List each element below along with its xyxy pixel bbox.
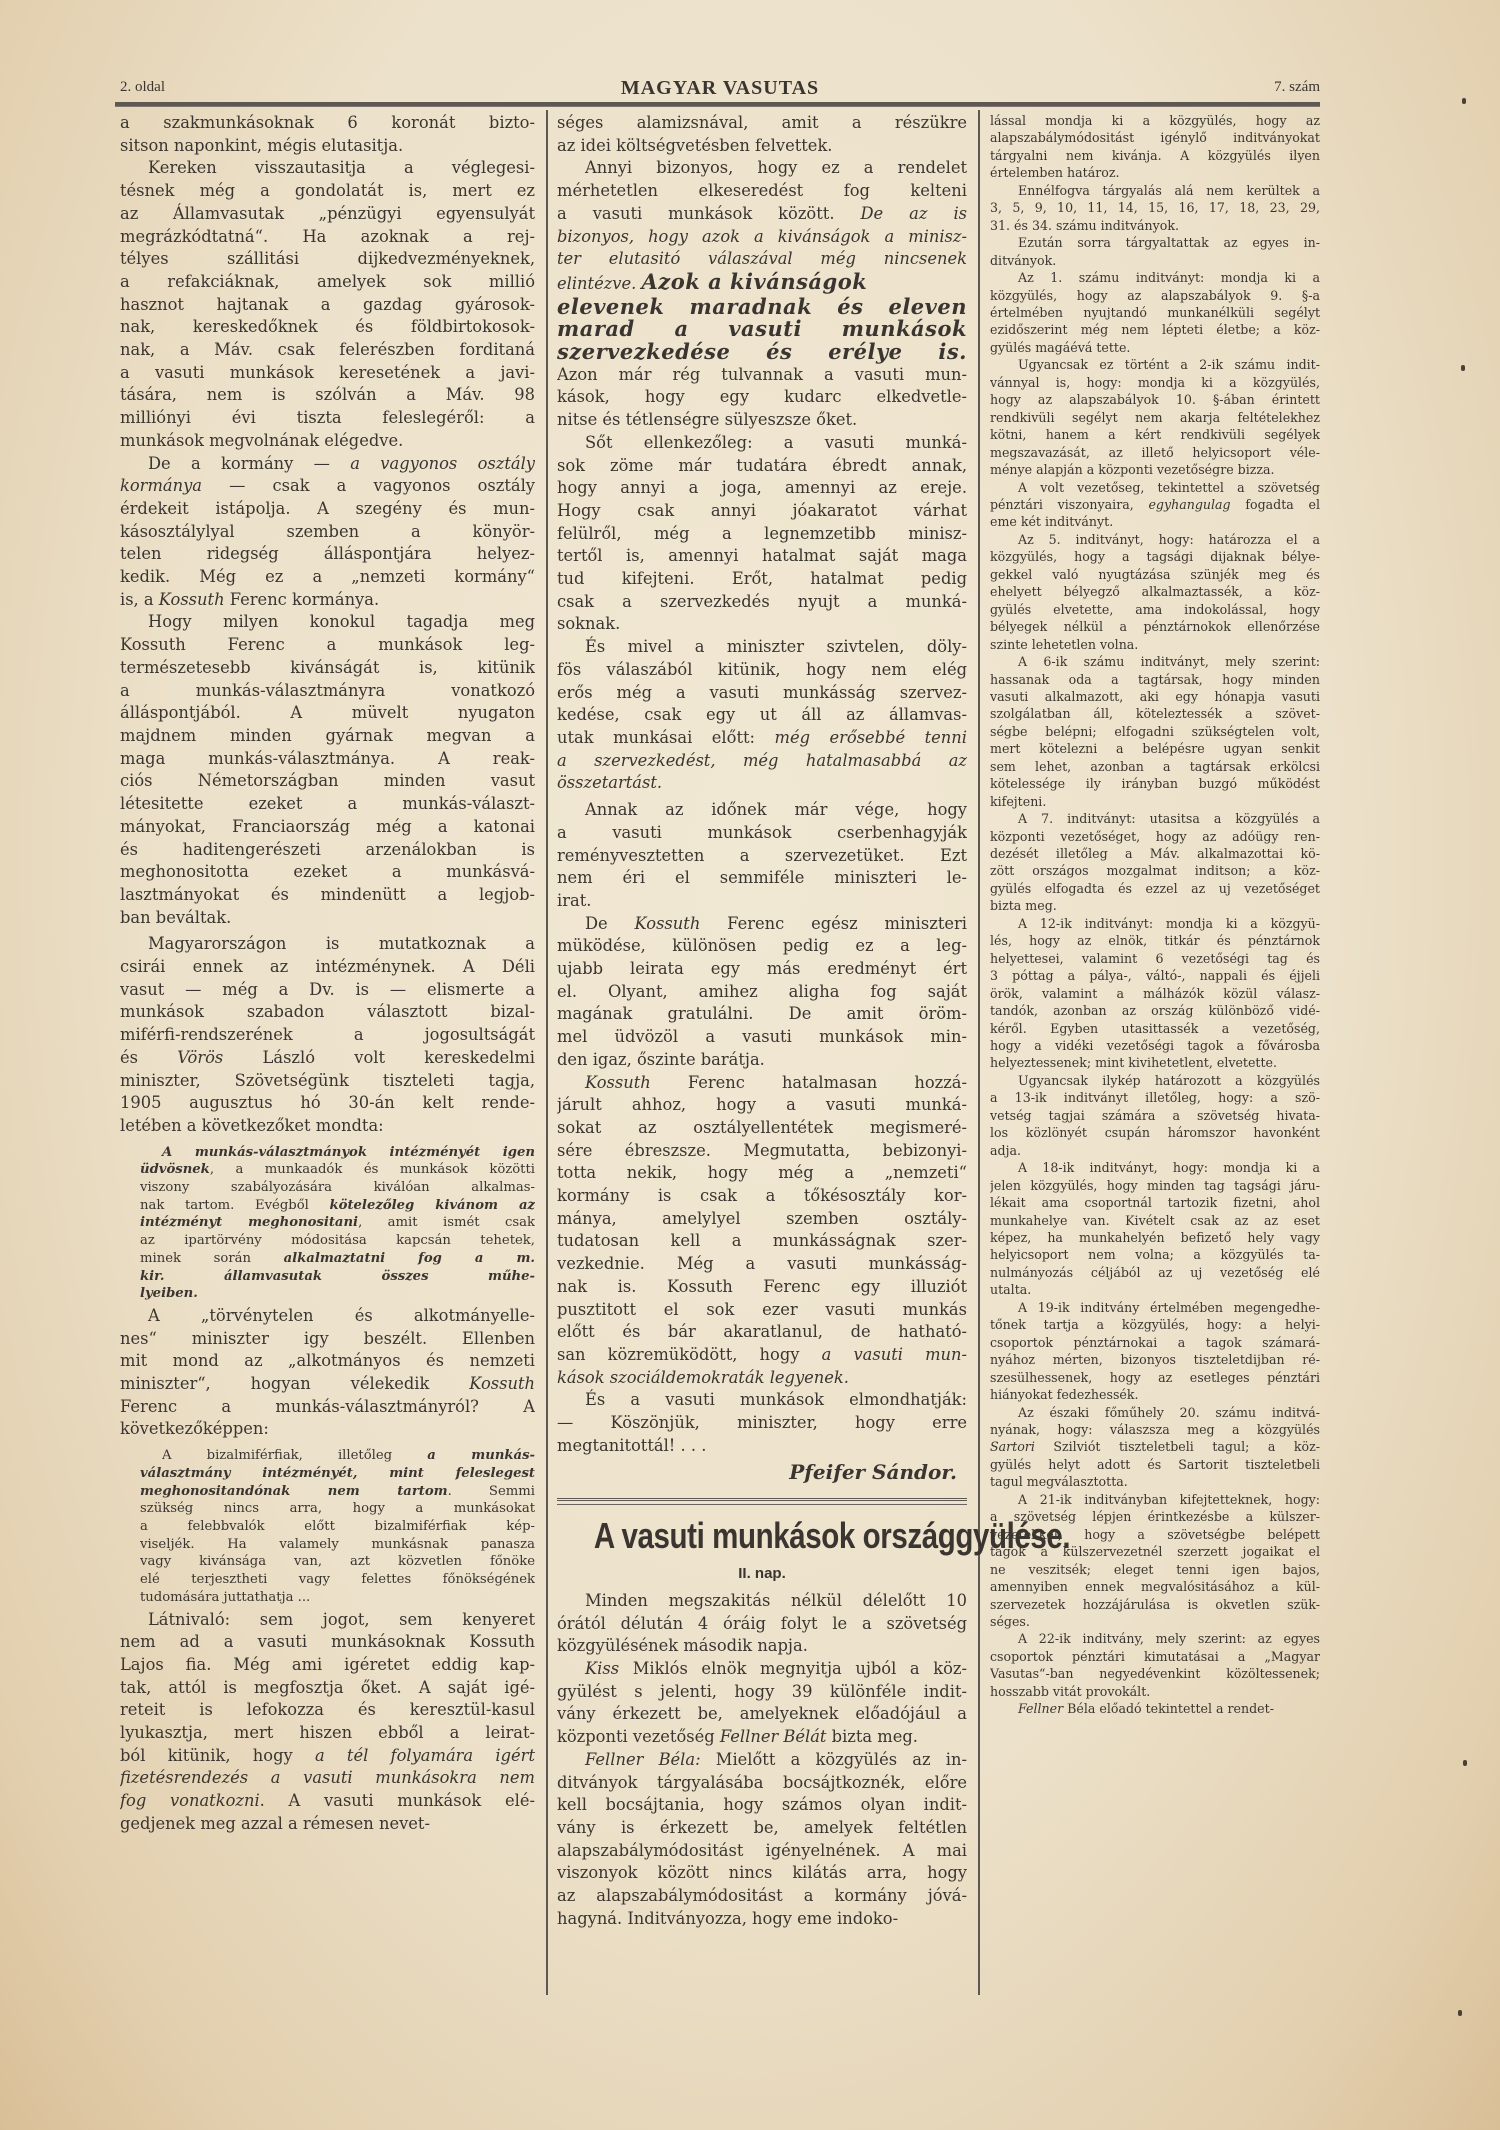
paragraph: Az északi főműhely 20. számu inditvá-nyá…: [990, 1404, 1320, 1491]
emphasis-text: Kiss: [585, 1659, 619, 1678]
emphasis-text: összetartást.: [557, 773, 662, 792]
paragraph: Sőt ellenkezőleg: a vasuti munká-sok zöm…: [557, 432, 967, 636]
text-line: A „törvénytelen és alkotmányelle-: [120, 1305, 535, 1328]
text-line: a szövetség lépjen érintkezésbe a külsze…: [990, 1508, 1320, 1525]
text-line: kások szociáldemokraták legyenek.: [557, 1367, 967, 1390]
text-line: el. Olyant, amihez aligha fog saját: [557, 981, 967, 1004]
text-line: a munkás-választmányra vonatkozó: [120, 680, 535, 703]
text-line: szinte lehetetlen volna.: [990, 636, 1320, 653]
text-line: a vasuti munkások között. De az is: [557, 203, 967, 226]
text-line: az idei költségvetésben felvettek.: [557, 135, 967, 158]
text-line: viszony szabályozására kiválóan alkalmas…: [140, 1179, 535, 1197]
text-line: megtanitottál! . . .: [557, 1435, 967, 1458]
text-line: ne veszitsék; eleget tenni igen bajos,: [990, 1561, 1320, 1578]
text-line: intézményt meghonositani, amit ismét csa…: [140, 1214, 535, 1232]
emphasis-text: Kossuth: [635, 914, 701, 933]
text-line: müködése, különösen pedig ez a leg-: [557, 935, 967, 958]
paper-speck: [1458, 2010, 1462, 2016]
emphasis-text: elintézve.: [557, 274, 636, 293]
text-line: séges alamizsnával, amit a részükre: [557, 112, 967, 135]
text-line: zött országos mozgalmat inditson; a köz-: [990, 862, 1320, 879]
emphasis-text: Kossuth: [469, 1374, 535, 1393]
text-line: központi vezetőséget, hogy az adóügy ren…: [990, 828, 1320, 845]
paragraph: A 7. inditványt: utasitsa a közgyülés ak…: [990, 810, 1320, 915]
emphasis-text: A munkás-választmányok intézményét igen: [162, 1145, 535, 1160]
text-line: helyettesei, valamint 6 vezetőségi tag é…: [990, 950, 1320, 967]
text-line: tak, attól is megfosztja őket. A saját i…: [120, 1677, 535, 1700]
text-line: rendkivüli segélyt nem akarja feltételek…: [990, 409, 1320, 426]
text-line: munkahelye van. Kivételt csak az az eset: [990, 1212, 1320, 1229]
paragraph: Kiss Miklós elnök megnyitja ujból a köz-…: [557, 1658, 967, 1749]
text-line: pusztitott el sok ezer vasuti munkás: [557, 1299, 967, 1322]
text-line: felülről, még a legnemzetibb minisz-: [557, 523, 967, 546]
text-line: viszonyok között nincs kilátás arra, hog…: [557, 1862, 967, 1885]
text-line: a szervezkedést, még hatalmasabbá az: [557, 750, 967, 773]
text-line: Annyi bizonyos, hogy ez a rendelet: [557, 157, 967, 180]
text-line: hogy az alapszabályok 10. §-ában érintet…: [990, 391, 1320, 408]
paragraph: séges alamizsnával, amit a részükreaz id…: [557, 112, 967, 157]
emphasis-text: fog vonatkozni: [120, 1791, 260, 1810]
column-divider: [978, 110, 980, 1995]
text-line: És a vasuti munkások elmondhatják:: [557, 1389, 967, 1412]
text-line: pénztári viszonyaira, egyhangulag fogadt…: [990, 496, 1320, 513]
emphasis-text: Fellner Bélát: [720, 1727, 827, 1746]
text-line: fog vonatkozni. A vasuti munkások elé-: [120, 1790, 535, 1813]
paragraph: A „törvénytelen és alkotmányelle-nes“ mi…: [120, 1305, 535, 1441]
text-line: központi vezetőség Fellner Bélát bizta m…: [557, 1726, 967, 1749]
text-line: kötelessége ily irányban buzgó működést: [990, 775, 1320, 792]
paragraph: Ugyancsak ez történt a 2-ik számu indit-…: [990, 356, 1320, 478]
emphasis-text: meghonositandónak nem tartom: [140, 1484, 448, 1499]
text-line: vány érkezett be, amelyeknek előadójául …: [557, 1703, 967, 1726]
paragraph: Azon már rég tulvannak a vasuti mun-káso…: [557, 364, 967, 432]
text-line: tárgyalni nem kivánja. A közgyülés ilyen: [990, 147, 1320, 164]
text-line: hagyná. Inditványozza, hogy eme indoko-: [557, 1908, 967, 1931]
text-line: És mivel a miniszter szivtelen, döly-: [557, 636, 967, 659]
text-line: kedik. Még ez a „nemzeti kormány“: [120, 566, 535, 589]
text-line: sitson naponkint, mégis elutasitja.: [120, 135, 535, 158]
paragraph: Annyi bizonyos, hogy ez a rendeletmérhet…: [557, 157, 967, 295]
text-line: hogy a vidéki vezetőségi tagok a főváros…: [990, 1037, 1320, 1054]
text-line: irat.: [557, 890, 967, 913]
paragraph: Látnivaló: sem jogot, sem kenyeretnem ad…: [120, 1609, 535, 1836]
text-line: Vasutas“-ban negyedévenkint közöltessene…: [990, 1665, 1320, 1682]
text-line: munkások szabadon választott bizal-: [120, 1001, 535, 1024]
text-line: utak munkásai előtt: még erősebbé tenni: [557, 727, 967, 750]
text-line: elintézve. Azok a kivánságok: [557, 271, 967, 296]
emphasis-text: a vagyonos osztály: [350, 454, 535, 473]
column-divider: [546, 110, 548, 1995]
text-line: vasut — még a Dv. is — elismerte a: [120, 979, 535, 1002]
text-line: Kiss Miklós elnök megnyitja ujból a köz-: [557, 1658, 967, 1681]
text-line: lékait ama csoportnál tartozik fizetni, …: [990, 1194, 1320, 1211]
text-line: A 19-ik inditvány értelmében megengedhe-: [990, 1299, 1320, 1316]
section-headline: A vasuti munkások országgyülése.: [594, 1515, 930, 1557]
text-line: tagul megválasztotta.: [990, 1473, 1320, 1490]
paragraph: lással mondja ki a közgyülés, hogy azala…: [990, 112, 1320, 182]
text-line: ditványok tárgyalásába bocsájtkoznék, el…: [557, 1772, 967, 1795]
text-line: san közremüködött, hogy a vasuti mun-: [557, 1344, 967, 1367]
text-line: ból kitünik, hogy a tél folyamára igért: [120, 1745, 535, 1768]
text-line: ezidőszerint még nem lépteti életbe; a k…: [990, 321, 1320, 338]
paragraph: A 18-ik inditványt, hogy: mondja ki ajel…: [990, 1159, 1320, 1299]
text-line: gyülés helyt adott és Sartorit tisztelet…: [990, 1456, 1320, 1473]
text-line: és Vörös László volt kereskedelmi: [120, 1047, 535, 1070]
text-line: A 7. inditványt: utasitsa a közgyülés a: [990, 810, 1320, 827]
paragraph: De Kossuth Ferenc egész miniszterimüködé…: [557, 913, 967, 1072]
text-line: a 13-ik inditványt illetőleg, hogy: a sz…: [990, 1089, 1320, 1106]
text-line: elevenek maradnak és eleven: [557, 296, 967, 319]
text-line: télyes szállitási dijkedvezményeknek,: [120, 248, 535, 271]
text-line: mit mond az „alkotmányos és nemzeti: [120, 1350, 535, 1373]
emphasis-text: fizetésrendezés a vasuti munkásokra nem: [120, 1768, 535, 1787]
emphasized-statement: elevenek maradnak és elevenmarad a vasut…: [557, 296, 967, 364]
text-line: megszavazását, az illető helyicsoport vé…: [990, 444, 1320, 461]
text-line: reményvesztetten a szervezetüket. Ezt: [557, 845, 967, 868]
text-line: szervezkedése és erélye is.: [557, 341, 967, 364]
text-line: meghonositotta ezeket a munkásvá-: [120, 861, 535, 884]
text-line: értelemben határoz.: [990, 164, 1320, 181]
text-line: ségbe belépni; elfogadni szükségtelen vo…: [990, 723, 1320, 740]
text-line: A 18-ik inditványt, hogy: mondja ki a: [990, 1159, 1320, 1176]
text-line: vezetekkel, hogy a szövetségbe belépett: [990, 1526, 1320, 1543]
emphasis-text: kormánya: [120, 476, 202, 495]
text-line: csak a szervezkedés nyujt a munká-: [557, 591, 967, 614]
text-line: elé terjesztheti vagy felettes főnökségé…: [140, 1571, 535, 1589]
text-line: A volt vezetőseg, tekintettel a szövetsé…: [990, 479, 1320, 496]
text-line: mert kötelezni a belépésre ugyan senkit: [990, 740, 1320, 757]
paragraph: Kereken visszautasitja a véglegesi-tésne…: [120, 157, 535, 452]
text-line: nem éri el semmiféle miniszteri le-: [557, 867, 967, 890]
text-line: letében a következőket mondta:: [120, 1115, 535, 1138]
text-line: a szakmunkásoknak 6 koronát bizto-: [120, 112, 535, 135]
text-line: miférfi-rendszerének a jogosultságát: [120, 1024, 535, 1047]
text-line: nes“ miniszter igy beszélt. Ellenben: [120, 1328, 535, 1351]
text-line: kások, hogy egy kudarc elkedvetle-: [557, 386, 967, 409]
text-line: hiányokat fedezhessék.: [990, 1386, 1320, 1403]
text-line: szervezetek hozzájárulása is okvetlen sz…: [990, 1596, 1320, 1613]
text-line: összetartást.: [557, 772, 967, 795]
section-subtitle: II. nap.: [557, 1563, 967, 1586]
paragraph: a szakmunkásoknak 6 koronát bizto-sitson…: [120, 112, 535, 157]
text-line: tud kifejteni. Erőt, hatalmat pedig: [557, 568, 967, 591]
text-line: az ipartörvény módositása kapcsán tehete…: [140, 1232, 535, 1250]
text-line: Kereken visszautasitja a véglegesi-: [120, 157, 535, 180]
text-line: kell bocsájtania, hogy számos olyan indi…: [557, 1794, 967, 1817]
text-line: az Államvasutak „pénzügyi egyensulyát: [120, 203, 535, 226]
paper-speck: [1463, 1760, 1467, 1766]
emphasis-text: Kossuth: [159, 590, 225, 609]
text-line: den igaz, őszinte barátja.: [557, 1049, 967, 1072]
text-line: vetség tagjai számára a szövetség hivata…: [990, 1107, 1320, 1124]
text-line: Az 5. inditványt, hogy: határozza el a: [990, 531, 1320, 548]
emphasis-text: Fellner: [1018, 1701, 1063, 1716]
emphasis-text: ter elutasitó válaszával még nincsenek: [557, 249, 967, 268]
paragraph: Az 1. számu inditványt: mondja ki aközgy…: [990, 269, 1320, 356]
text-line: ter elutasitó válaszával még nincsenek: [557, 248, 967, 271]
paragraph: Minden megszakitás nélkül délelőtt 10órá…: [557, 1590, 967, 1658]
text-line: A bizalmiférfiak, illetőleg a munkás-: [140, 1447, 535, 1465]
text-line: nak is. Kossuth Ferenc egy illuziót: [557, 1276, 967, 1299]
paragraph: Kossuth Ferenc hatalmasan hozzá-járult a…: [557, 1072, 967, 1390]
text-line: Ezután sorra tárgyaltattak az egyes in-: [990, 234, 1320, 251]
right-column: lással mondja ki a közgyülés, hogy azala…: [990, 112, 1320, 1718]
text-line: szesülhessenek, hogy az esetleges pénztá…: [990, 1369, 1320, 1386]
text-line: gekkel való nyugtázása szünjék meg és: [990, 566, 1320, 583]
text-line: sokat az osztályellentétek megismeré-: [557, 1117, 967, 1140]
text-line: erős még a vasuti munkásság szervez-: [557, 682, 967, 705]
text-line: eme két inditványt.: [990, 513, 1320, 530]
text-line: vánnyal is, hogy: mondja ki a közgyülés,: [990, 374, 1320, 391]
text-line: mérhetetlen elkeseredést fog kelteni: [557, 180, 967, 203]
paragraph: A 12-ik inditványt: mondja ki a közgyü-l…: [990, 915, 1320, 1072]
text-line: Ennélfogva tárgyalás alá nem kerültek a: [990, 182, 1320, 199]
text-line: viseljék. Ha valamely munkásnak panasza: [140, 1536, 535, 1554]
paragraph: Hogy milyen konokul tagadja megKossuth F…: [120, 611, 535, 929]
text-line: Sőt ellenkezőleg: a vasuti munká-: [557, 432, 967, 455]
emphasis-text: a szervezkedést, még hatalmasabbá az: [557, 751, 967, 770]
text-line: miniszter“, hogyan vélekedik Kossuth: [120, 1373, 535, 1396]
emphasis-text: a munkás-: [427, 1448, 535, 1463]
emphasis-text: kások szociáldemokraták legyenek.: [557, 1368, 849, 1387]
paper-speck: [1461, 365, 1465, 371]
text-line: Magyarországon is mutatkoznak a: [120, 933, 535, 956]
text-line: kéről. Egyben utasittassék a vezetőség,: [990, 1020, 1320, 1037]
text-line: 3 póttag a pálya-, váltó-, nappali és éj…: [990, 967, 1320, 984]
emphasis-text: De az is: [860, 204, 967, 223]
text-line: tudomására juttathatja ...: [140, 1589, 535, 1607]
text-line: A 6-ik számu inditványt, mely szerint:: [990, 653, 1320, 670]
text-line: Kossuth Ferenc a munkások leg-: [120, 634, 535, 657]
text-line: Azon már rég tulvannak a vasuti mun-: [557, 364, 967, 387]
text-line: természetesebb kivánságát is, kitünik: [120, 657, 535, 680]
text-line: nak, kereskedőknek és földbirtokosok-: [120, 316, 535, 339]
text-line: nak, a Máv. csak felerészben forditaná: [120, 339, 535, 362]
text-line: ban beváltak.: [120, 907, 535, 930]
text-line: Lajos fia. Még ami igéretet eddig kap-: [120, 1654, 535, 1677]
text-line: a vasuti munkások cserbenhagyják: [557, 822, 967, 845]
text-line: tertől is, amennyi hatalmat saját maga: [557, 545, 967, 568]
text-line: lyeiben.: [140, 1285, 535, 1303]
text-line: mel üdvözöl a vasuti munkások min-: [557, 1026, 967, 1049]
text-line: tudatosan kell a munkásságnak szer-: [557, 1230, 967, 1253]
emphasis-text: lyeiben.: [140, 1286, 198, 1301]
quotation: A bizalmiférfiak, illetőleg a munkás-vál…: [120, 1447, 535, 1606]
paragraph: Ugyancsak ilykép határozott a közgyülésa…: [990, 1072, 1320, 1159]
left-column: a szakmunkásoknak 6 koronát bizto-sitson…: [120, 112, 535, 1836]
text-line: munkások megvolnának elégedve.: [120, 430, 535, 453]
paragraph: Fellner Béla: Mielőtt a közgyülés az in-…: [557, 1749, 967, 1931]
emphasis-text: alkalmaztatni fog a m.: [284, 1251, 535, 1266]
text-line: tagok a külszervezetnél szerzett jogaika…: [990, 1543, 1320, 1560]
text-line: nitse és tétlenségre sülyeszsze őket.: [557, 409, 967, 432]
emphasis-text: kötelezőleg kivánom az: [330, 1198, 535, 1213]
paragraph: A 19-ik inditvány értelmében megengedhe-…: [990, 1299, 1320, 1404]
text-line: csirái ennek az intézménynek. A Déli: [120, 956, 535, 979]
text-line: reteit is lefokozza és keresztül-kasul: [120, 1699, 535, 1722]
text-line: A 22-ik inditvány, mely szerint: az egye…: [990, 1630, 1320, 1647]
text-line: kormánya — csak a vagyonos osztály: [120, 475, 535, 498]
emphasis-text: bizonyos, hogy azok a kivánságok a minis…: [557, 227, 967, 246]
text-line: tésnek még a gondolatát is, mert ez: [120, 180, 535, 203]
text-line: Hogy csak annyi jóakaratot várhat: [557, 500, 967, 523]
text-line: milliónyi évi tiszta feleslegéről: a: [120, 407, 535, 430]
text-line: kedése, csak egy ut áll az államvas-: [557, 704, 967, 727]
paragraph: De a kormány — a vagyonos osztálykormány…: [120, 453, 535, 612]
text-line: Hogy milyen konokul tagadja meg: [120, 611, 535, 634]
text-line: a felebbvalók előtt bizalmiférfiak kép-: [140, 1518, 535, 1536]
text-line: Sartori Szilviót tiszteletbeli tagul; a …: [990, 1438, 1320, 1455]
text-line: marad a vasuti munkások: [557, 318, 967, 341]
text-line: Az északi főműhely 20. számu inditvá-: [990, 1404, 1320, 1421]
emphasis-text: Sartori: [990, 1439, 1035, 1454]
text-line: képez, ha munkahelyén befizető hely vagy: [990, 1229, 1320, 1246]
text-line: ditványok.: [990, 252, 1320, 269]
text-line: helyicsoport nem volna; a közgyülés ta-: [990, 1246, 1320, 1263]
text-line: következőképpen:: [120, 1418, 535, 1441]
author-signature: Pfeifer Sándor.: [557, 1461, 967, 1484]
text-line: álláspontjából. A müvelt nyugaton: [120, 702, 535, 725]
text-line: A 21-ik inditványban kifejtetteknek, hog…: [990, 1491, 1320, 1508]
text-line: nulmányozás céljából az uj vezetőség elé: [990, 1264, 1320, 1281]
text-line: Fellner Béla előadó tekintettel a rendet…: [990, 1700, 1320, 1717]
text-line: los közlönyét csupán háromszor havonként: [990, 1124, 1320, 1141]
paragraph: Az 5. inditványt, hogy: határozza el akö…: [990, 531, 1320, 653]
text-line: telen ridegség álláspontjára helyez-: [120, 543, 535, 566]
text-line: majdnem minden gyárnak megvan a: [120, 725, 535, 748]
text-line: meghonositandónak nem tartom. Semmi: [140, 1483, 535, 1501]
text-line: tására, nem is szólván a Máv. 98: [120, 384, 535, 407]
text-line: Az 1. számu inditványt: mondja ki a: [990, 269, 1320, 286]
text-line: lyukasztja, mert hiszen ebből a leirat-: [120, 1722, 535, 1745]
text-line: érdekeit istápolja. A szegény és mun-: [120, 498, 535, 521]
text-line: szükség nincs arra, hogy a munkásokat: [140, 1500, 535, 1518]
text-line: ehelyett bélyegző alkalmaztassék, a köz-: [990, 583, 1320, 600]
text-line: közgyülés, hogy az alapszabályok 9. §-a: [990, 287, 1320, 304]
masthead-title: MAGYAR VASUTAS: [120, 77, 1320, 100]
text-line: 1905 augusztus hó 30-án kelt rende-: [120, 1092, 535, 1115]
text-line: vezkednie. Még a vasuti munkásság-: [557, 1253, 967, 1276]
paragraph: A volt vezetőseg, tekintettel a szövetsé…: [990, 479, 1320, 531]
text-line: lással mondja ki a közgyülés, hogy az: [990, 112, 1320, 129]
text-line: gyülést s jelenti, hogy 39 különféle ind…: [557, 1681, 967, 1704]
text-line: örök, valamint a málházók közül válasz-: [990, 985, 1320, 1002]
paper-speck: [1462, 98, 1466, 104]
text-line: hassanak oda a tagtársak, hogy minden: [990, 671, 1320, 688]
emphasis-text: egyhangulag: [1148, 497, 1230, 512]
text-line: szolgálatban áll, köteleztessék a szövet…: [990, 705, 1320, 722]
text-line: magának gratulálni. De amit öröm-: [557, 1003, 967, 1026]
emphasis-text: Vörös: [177, 1048, 223, 1067]
text-line: nyához mérten, bizonyos tiszteletdijban …: [990, 1351, 1320, 1368]
text-line: tandók, azonban az ország különböző vidé…: [990, 1002, 1320, 1019]
text-line: az alapszabálymódositást a kormány jóvá-: [557, 1885, 967, 1908]
issue-number: 7. szám: [1274, 79, 1320, 96]
text-line: ujabb leirata egy más eredményt ért: [557, 958, 967, 981]
header-rule: [115, 102, 1320, 107]
text-line: órától délután 4 óráig folyt le a szövet…: [557, 1613, 967, 1636]
text-line: nyának, hogy: válaszsza meg a közgyülés: [990, 1421, 1320, 1438]
text-line: 31. és 34. számu inditványok.: [990, 217, 1320, 234]
text-line: gyülés magáévá tette.: [990, 339, 1320, 356]
text-line: sok zöme már tudatára ébredt annak,: [557, 455, 967, 478]
text-line: ciós Németországban minden vasut: [120, 770, 535, 793]
emphasis-text: intézményt meghonositani: [140, 1215, 358, 1230]
text-line: Minden megszakitás nélkül délelőtt 10: [557, 1590, 967, 1613]
text-line: 3, 5, 9, 10, 11, 14, 15, 16, 17, 18, 23,…: [990, 199, 1320, 216]
text-line: adja.: [990, 1142, 1320, 1159]
text-line: soknak.: [557, 613, 967, 636]
text-line: totta nekik, hogy még a „nemzeti“: [557, 1162, 967, 1185]
text-line: A 12-ik inditványt: mondja ki a közgyü-: [990, 915, 1320, 932]
text-line: és haditengerészeti arzenálokban is: [120, 839, 535, 862]
text-line: alapszabálymódositást igényelnének. A ma…: [557, 1840, 967, 1863]
text-line: jelen közgyülés, hogy minden tag tagsági…: [990, 1177, 1320, 1194]
emphasis-text: kir. államvasutak összes műhe-: [140, 1269, 535, 1284]
text-line: választmány intézményét, mint felesleges…: [140, 1465, 535, 1483]
text-line: De a kormány — a vagyonos osztály: [120, 453, 535, 476]
text-line: csoportok pénztári kimutatásai a „Magyar: [990, 1648, 1320, 1665]
text-line: járult ahhoz, hogy a vasuti munká-: [557, 1094, 967, 1117]
article-divider: [557, 1498, 967, 1505]
emphasis-text: a tél folyamára igért: [315, 1746, 535, 1765]
text-line: vasuti alkalmazott, aki egy hónapja vasu…: [990, 688, 1320, 705]
text-line: utalta.: [990, 1281, 1320, 1298]
paragraph: A 22-ik inditvány, mely szerint: az egye…: [990, 1630, 1320, 1700]
text-line: Fellner Béla: Mielőtt a közgyülés az in-: [557, 1749, 967, 1772]
text-line: nem ad a vasuti munkásoknak Kossuth: [120, 1631, 535, 1654]
text-line: kásosztálylyal szemben a könyör-: [120, 521, 535, 544]
text-line: bizonyos, hogy azok a kivánságok a minis…: [557, 226, 967, 249]
text-line: alapszabálymódositást igénylő inditványo…: [990, 129, 1320, 146]
text-line: Ugyancsak ilykép határozott a közgyülés: [990, 1072, 1320, 1089]
text-line: bizta meg.: [990, 897, 1320, 914]
text-line: maga munkás-választmánya. A reak-: [120, 748, 535, 771]
paragraph: Magyarországon is mutatkoznak acsirái en…: [120, 933, 535, 1137]
quotation: A munkás-választmányok intézményét igenü…: [120, 1144, 535, 1303]
text-line: gedjenek meg azzal a rémesen nevet-: [120, 1813, 535, 1836]
text-line: Kossuth Ferenc hatalmasan hozzá-: [557, 1072, 967, 1095]
text-line: hosszabb vitát provokált.: [990, 1683, 1320, 1700]
text-line: lés, hogy az elnök, titkár és pénztárnok: [990, 932, 1320, 949]
emphasis-text: Azok a kivánságok: [642, 271, 868, 294]
text-line: gyülés elvetette, ama indokolással, hogy: [990, 601, 1320, 618]
text-line: mánya, amelylyel szemben osztály-: [557, 1208, 967, 1231]
text-line: értelmében nyujtandó munkanélküli segély…: [990, 304, 1320, 321]
text-line: előtt és bár akaratlanul, de hatható-: [557, 1321, 967, 1344]
text-line: a vasuti munkások keresetének a javi-: [120, 362, 535, 385]
text-line: helyeztessenek; mint kivihetetlent, elve…: [990, 1054, 1320, 1071]
text-line: hogy annyi a joga, amennyi az ereje.: [557, 477, 967, 500]
text-line: fizetésrendezés a vasuti munkásokra nem: [120, 1767, 535, 1790]
text-line: létesitette ezeket a munkás-választ-: [120, 793, 535, 816]
emphasis-text: Kossuth: [585, 1073, 651, 1092]
text-line: De Kossuth Ferenc egész miniszteri: [557, 913, 967, 936]
middle-column: séges alamizsnával, amit a részükreaz id…: [557, 112, 967, 1930]
text-line: sére ébreszsze. Megmutatta, bebizonyi-: [557, 1140, 967, 1163]
text-line: vagy kivánsága van, azt közvetlen főnöke: [140, 1553, 535, 1571]
text-line: kötni, hanem a kért rendkivüli segélyek: [990, 426, 1320, 443]
paragraph: Annak az időnek már vége, hogya vasuti m…: [557, 799, 967, 913]
text-line: megrázkódtatná“. Ha azoknak a rej-: [120, 226, 535, 249]
paragraph: A 21-ik inditványban kifejtetteknek, hog…: [990, 1491, 1320, 1631]
text-line: — Köszönjük, miniszter, hogy erre: [557, 1412, 967, 1435]
text-line: tőnek tartja a közgyülés, hogy: a helyi-: [990, 1316, 1320, 1333]
text-line: A munkás-választmányok intézményét igen: [140, 1144, 535, 1162]
paragraph: És mivel a miniszter szivtelen, döly-fös…: [557, 636, 967, 795]
page-header: 2. oldal MAGYAR VASUTAS 7. szám: [120, 75, 1320, 105]
text-line: miniszter, Szövetségünk tiszteleti tagja…: [120, 1070, 535, 1093]
